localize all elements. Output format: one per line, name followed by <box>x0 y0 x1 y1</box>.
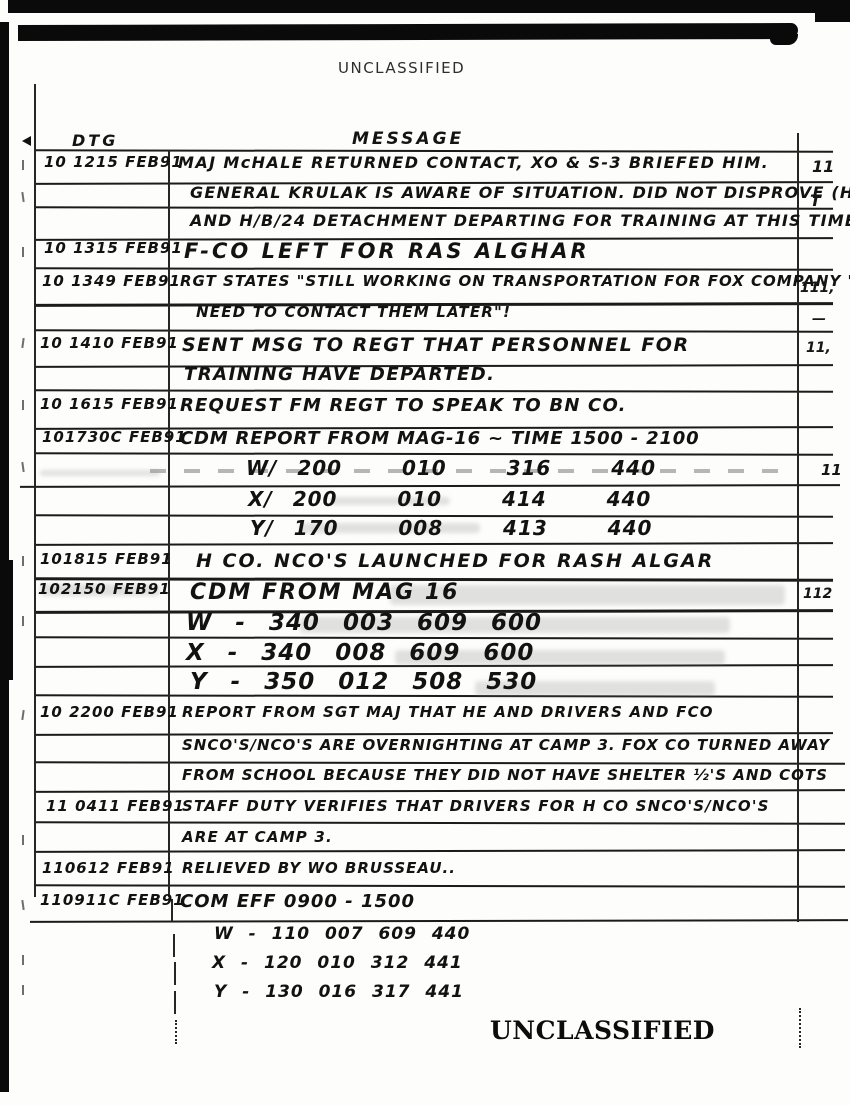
log-row-message: FROM SCHOOL BECAUSE THEY DID NOT HAVE SH… <box>182 768 828 783</box>
table-border <box>175 1020 177 1044</box>
scanned-log-page: UNCLASSIFIED UNCLASSIFIED DTG MESSAGE 10… <box>0 0 850 1105</box>
margin-note: 111, <box>800 280 835 296</box>
margin-note: 11, <box>806 340 831 356</box>
log-row-message: W/ 200 010 316 440 <box>246 458 656 478</box>
log-row-message: STAFF DUTY VERIFIES THAT DRIVERS FOR H C… <box>182 799 770 814</box>
log-row-dtg: 10 1215 FEB91 <box>44 155 183 170</box>
scan-artifact <box>22 556 24 566</box>
log-row-message: W - 340 003 609 600 <box>186 612 542 635</box>
log-row-dtg: 11 0411 FEB91 <box>46 799 185 814</box>
table-rule <box>34 821 845 824</box>
log-row-dtg: 10 1615 FEB91 <box>40 397 179 412</box>
scan-artifact <box>21 900 24 910</box>
log-row-message: REPORT FROM SGT MAJ THAT HE AND DRIVERS … <box>182 705 714 720</box>
log-row-message: RELIEVED BY WO BRUSSEAU.. <box>182 861 456 876</box>
top-scan-strip-corner <box>815 0 850 22</box>
classification-footer: UNCLASSIFIED <box>490 1016 715 1045</box>
margin-note: — <box>812 311 826 327</box>
log-row-message: H CO. NCO'S LAUNCHED FOR RASH ALGAR <box>196 552 714 571</box>
dtg-column-header: DTG <box>72 131 118 150</box>
margin-note: 11 <box>821 461 842 479</box>
log-row-dtg: 10 1410 FEB91 <box>40 336 179 351</box>
classification-header: UNCLASSIFIED <box>338 59 465 77</box>
table-border <box>34 84 36 897</box>
log-row-dtg: 10 2200 FEB91 <box>40 705 179 720</box>
log-row-message: MAJ McHALE RETURNED CONTACT, XO & S-3 BR… <box>178 155 769 171</box>
log-row-dtg: 101730C FEB91 <box>42 430 187 445</box>
scan-artifact <box>21 710 24 720</box>
table-rule <box>34 329 833 332</box>
log-row-message: GENERAL KRULAK IS AWARE OF SITUATION. DI… <box>190 185 850 201</box>
log-row-message: F-CO LEFT FOR RAS ALGHAR <box>184 241 590 262</box>
smudge <box>40 470 160 476</box>
margin-note: 11 <box>812 157 834 176</box>
table-border <box>174 991 176 1014</box>
log-row-dtg: 101815 FEB91 <box>40 552 173 567</box>
scan-artifact <box>22 985 24 995</box>
table-rule <box>30 919 848 923</box>
log-row-message: COM EFF 0900 - 1500 <box>180 893 415 911</box>
log-row-message: RGT STATES "STILL WORKING ON TRANSPORTAT… <box>180 274 850 289</box>
log-row-message: X/ 200 010 414 440 <box>248 489 651 509</box>
log-row-message: X - 340 008 609 600 <box>186 642 534 665</box>
log-row-dtg: 102150 FEB91 <box>38 582 171 597</box>
table-rule <box>34 761 845 764</box>
log-row-message: Y - 350 012 508 530 <box>190 671 537 694</box>
log-row-message: CDM FROM MAG 16 <box>190 582 459 604</box>
table-rule <box>34 206 833 209</box>
scan-artifact <box>22 400 24 410</box>
top-scan-strip <box>8 0 850 13</box>
table-rule <box>34 389 833 392</box>
scan-artifact <box>22 160 24 170</box>
scan-artifact <box>22 247 24 257</box>
scan-artifact <box>22 835 24 845</box>
log-row-message: X - 120 010 312 441 <box>212 955 463 972</box>
table-border <box>168 150 170 897</box>
table-border <box>174 962 176 985</box>
log-row-message: W - 110 007 609 440 <box>214 926 470 943</box>
left-scan-bar <box>0 22 9 1092</box>
log-row-message: SENT MSG TO REGT THAT PERSONNEL FOR <box>182 336 690 355</box>
table-rule <box>34 884 845 887</box>
log-row-message: Y/ 170 008 413 440 <box>250 518 652 538</box>
log-row-dtg: 110612 FEB91 <box>42 861 175 876</box>
log-row-message: TRAINING HAVE DEPARTED. <box>184 366 496 384</box>
table-rule <box>34 542 833 546</box>
scan-artifact <box>21 462 24 472</box>
scan-artifact <box>21 338 24 348</box>
log-row-message: SNCO'S/NCO'S ARE OVERNIGHTING AT CAMP 3.… <box>182 738 830 753</box>
top-scan-band-tail <box>770 34 798 45</box>
log-row-message: NEED TO CONTACT THEM LATER"! <box>196 305 511 320</box>
log-row-message: CDM REPORT FROM MAG-16 ~ TIME 1500 - 210… <box>180 430 699 448</box>
log-row-dtg: 10 1349 FEB91 <box>42 274 181 289</box>
log-row-message: Y - 130 016 317 441 <box>214 984 464 1001</box>
log-row-message: AND H/B/24 DETACHMENT DEPARTING FOR TRAI… <box>190 213 850 229</box>
table-rule <box>34 267 833 270</box>
table-rule <box>34 849 845 853</box>
margin-note: 112 <box>803 586 832 602</box>
left-scan-bar-blotch <box>0 560 13 680</box>
scan-artifact <box>22 136 31 146</box>
log-row-dtg: 110911C FEB91 <box>40 893 185 908</box>
table-border <box>797 133 799 922</box>
message-column-header: MESSAGE <box>352 129 464 149</box>
table-rule <box>34 789 845 793</box>
scan-artifact <box>22 955 24 965</box>
table-border <box>799 1008 801 1048</box>
top-scan-band <box>18 23 798 41</box>
log-row-dtg: 10 1315 FEB91 <box>44 241 183 256</box>
margin-note: T <box>810 191 821 210</box>
log-row-message: ARE AT CAMP 3. <box>182 830 333 845</box>
scan-artifact <box>22 616 24 626</box>
log-row-message: REQUEST FM REGT TO SPEAK TO BN CO. <box>180 397 627 415</box>
table-border <box>173 934 175 957</box>
scan-artifact <box>21 192 24 202</box>
